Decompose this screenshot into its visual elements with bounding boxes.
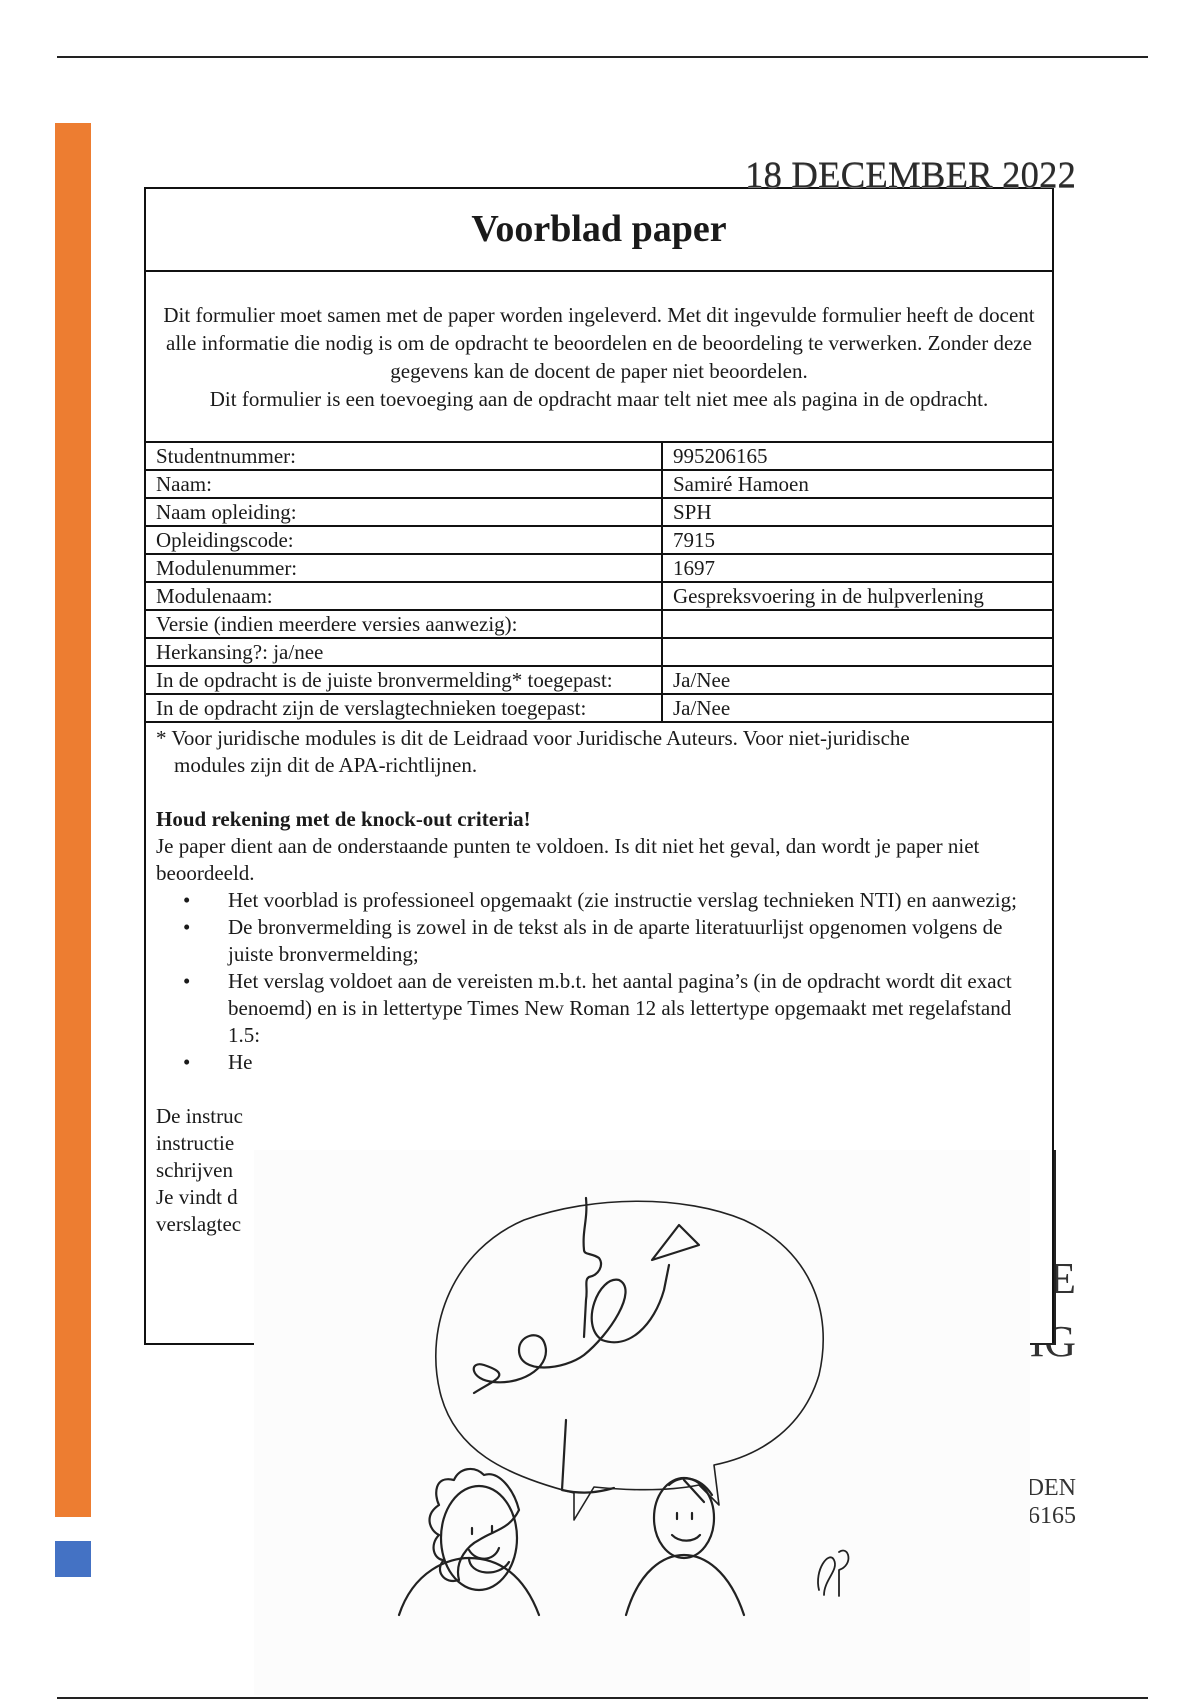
field-label: Modulenummer: — [146, 554, 662, 582]
signature-icon — [818, 1551, 848, 1596]
knockout-item: De bronvermelding is zowel in de tekst a… — [218, 914, 1042, 968]
field-value — [662, 610, 1052, 638]
knockout-item: Het voorblad is professioneel opgemaakt … — [218, 887, 1042, 914]
intro-paragraph-1: Dit formulier moet samen met de paper wo… — [156, 301, 1042, 385]
field-label: In de opdracht is de juiste bronvermeldi… — [146, 666, 662, 694]
field-label: Naam opleiding: — [146, 498, 662, 526]
knockout-list: Het voorblad is professioneel opgemaakt … — [156, 887, 1042, 1076]
footnote-line-2: modules zijn dit de APA-richtlijnen. — [156, 752, 1042, 779]
frame-line — [1030, 1343, 1056, 1345]
field-label: Naam: — [146, 470, 662, 498]
footer-rule — [57, 1697, 1148, 1699]
field-value: 995206165 — [662, 442, 1052, 470]
field-value: 1697 — [662, 554, 1052, 582]
table-row: Naam opleiding:SPH — [146, 498, 1052, 526]
field-value: Gespreksvoering in de hulpverlening — [662, 582, 1052, 610]
field-label: In de opdracht zijn de verslagtechnieken… — [146, 694, 662, 722]
field-value: Ja/Nee — [662, 694, 1052, 722]
puzzle-line-icon — [562, 1198, 614, 1493]
field-label: Herkansing?: ja/nee — [146, 638, 662, 666]
sketch-image — [254, 1150, 1030, 1695]
cover-author-fragment: DEN — [1027, 1475, 1076, 1502]
table-row: Versie (indien meerdere versies aanwezig… — [146, 610, 1052, 638]
field-label: Modulenaam: — [146, 582, 662, 610]
form-title: Voorblad paper — [146, 189, 1052, 272]
knockout-item: Het verslag voldoet aan de vereisten m.b… — [218, 968, 1042, 1049]
header-rule — [57, 56, 1148, 58]
knockout-intro: Je paper dient aan de onderstaande punte… — [156, 833, 1042, 887]
field-label: Versie (indien meerdere versies aanwezig… — [146, 610, 662, 638]
table-row: Opleidingscode:7915 — [146, 526, 1052, 554]
field-value: Samiré Hamoen — [662, 470, 1052, 498]
table-row: Naam:Samiré Hamoen — [146, 470, 1052, 498]
footnote-line-1: * Voor juridische modules is dit de Leid… — [156, 726, 910, 750]
frame-line — [1054, 1150, 1056, 1344]
table-row: In de opdracht zijn de verslagtechnieken… — [146, 694, 1052, 722]
table-row: Modulenummer:1697 — [146, 554, 1052, 582]
knockout-heading: Houd rekening met de knock-out criteria! — [156, 806, 1042, 833]
accent-bar — [55, 123, 91, 1517]
table-row: Modulenaam:Gespreksvoering in de hulpver… — [146, 582, 1052, 610]
field-value: Ja/Nee — [662, 666, 1052, 694]
student-info-table: Studentnummer:995206165Naam:Samiré Hamoe… — [146, 441, 1052, 723]
speech-bubble-icon — [436, 1201, 823, 1520]
field-label: Opleidingscode: — [146, 526, 662, 554]
intro-paragraph-2: Dit formulier is een toevoeging aan de o… — [156, 385, 1042, 413]
field-value — [662, 638, 1052, 666]
form-intro: Dit formulier moet samen met de paper wo… — [146, 272, 1052, 441]
table-row: Herkansing?: ja/nee — [146, 638, 1052, 666]
accent-square — [55, 1541, 91, 1577]
woman-figure-icon — [399, 1469, 539, 1615]
cover-date: 18 DECEMBER 2022 — [745, 154, 1076, 197]
instruction-line: De instruc — [156, 1103, 1042, 1130]
field-label: Studentnummer: — [146, 442, 662, 470]
cover-studentnumber-fragment: 6165 — [1028, 1503, 1076, 1530]
field-value: SPH — [662, 498, 1052, 526]
table-row: In de opdracht is de juiste bronvermeldi… — [146, 666, 1052, 694]
knockout-item: He — [218, 1049, 1042, 1076]
table-row: Studentnummer:995206165 — [146, 442, 1052, 470]
field-value: 7915 — [662, 526, 1052, 554]
man-figure-icon — [626, 1478, 744, 1615]
footnote: * Voor juridische modules is dit de Leid… — [156, 725, 1042, 779]
